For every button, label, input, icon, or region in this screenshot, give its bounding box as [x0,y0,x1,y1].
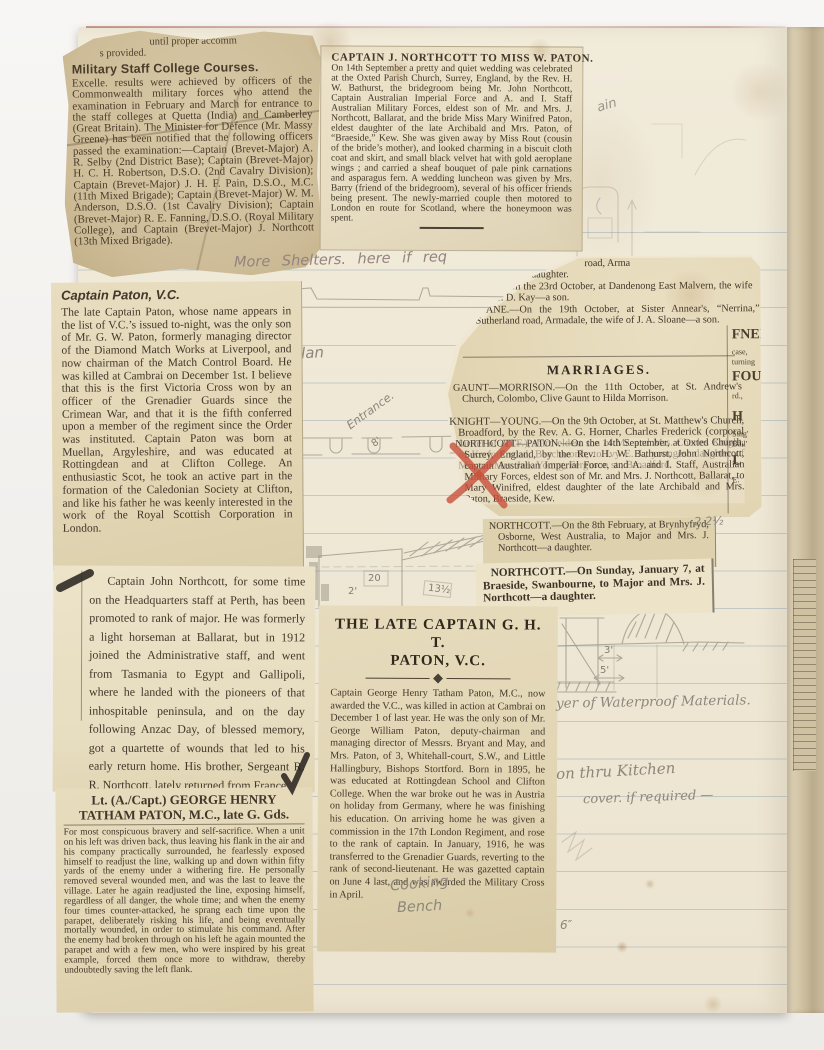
heading-ornament [331,674,546,682]
column-fragment: FOU [732,369,762,385]
column-fragment: Bail' [732,439,747,448]
clipping-body: Captain George Henry Tatham Paton, M.C.,… [329,687,545,902]
birth-notice: SLOANE.—On the 19th October, at Sister A… [467,303,760,327]
clipping-military-staff-college: until proper accomm s provided. Military… [62,28,323,278]
column-fragment: case, [732,347,748,356]
clipping-heading: THE LATE CAPTAIN G. H. T. PATON, V.C. [331,615,546,670]
clipping-late-captain-paton: THE LATE CAPTAIN G. H. T. PATON, V.C. Ca… [317,605,558,952]
clipping-body: Excelle. results were achieved by office… [72,75,314,248]
birth-notice: NORTHCOTT.—On Sunday, January 7, at Brae… [483,563,706,605]
clipping-heading: Lt. (A./Capt.) GEORGE HENRY TATHAM PATON… [63,791,304,825]
marriages-section-title: MARRIAGES. [463,361,735,378]
column-fragment: Sing' [732,429,748,438]
clipping-northcott-paton-wedding: CAPTAIN J. NORTHCOTT TO MISS W. PATON. O… [320,45,584,251]
end-rule [419,227,483,229]
torn-text-fragment: s provided. [100,45,312,59]
adjacent-clipping-fragment [793,559,816,771]
column-fragment: FNEI [732,327,766,343]
marriage-notice: GAUNT—MORRISON.—On the 11th October, at … [453,381,742,405]
column-fragment: rd., [732,391,743,400]
column-fragment: L [732,453,741,469]
clipping-body: The late Captain Paton, whose name appea… [61,305,293,535]
facing-page-fold [787,27,824,1013]
column-fragment: H [732,409,743,425]
adjacent-column-fragments: FNEI case, turning FOU rd., H Sing' Bail… [727,325,763,513]
birth-notice: NORTHCOTT.—On the 8th February, at Brynh… [489,519,709,555]
heading-line: THE LATE CAPTAIN G. H. T. [331,615,546,652]
clipping-body: On 14th September a pretty and quiet wed… [331,63,573,224]
heading-line: TATHAM PATON, M.C., late G. Gds. [64,806,305,822]
column-fragment: turning [732,357,755,366]
clipping-body: For most conspicuous bravery and self-sa… [64,827,306,976]
heading-line: PATON, V.C. [331,651,546,670]
column-fragment: E. [732,475,739,484]
page-top-red-edge [86,26,786,28]
clipping-john-northcott: Captain John Northcott, for some time on… [53,566,316,793]
clipping-captain-paton-vc: Captain Paton, V.C. The late Captain Pat… [51,281,304,571]
torn-text-fragment: road, Arma [584,257,743,269]
clipping-body: Captain John Northcott, for some time on… [89,572,306,795]
marriage-notice-northcott-paton: NORTHCOTT—PATON.—On the 14th September, … [455,437,744,505]
clipping-paton-citation: Lt. (A./Capt.) GEORGE HENRY TATHAM PATON… [55,787,313,1012]
heading-line: Lt. (A./Capt.) GEORGE HENRY [63,791,304,807]
clipping-heading: Captain Paton, V.C. [61,286,291,303]
